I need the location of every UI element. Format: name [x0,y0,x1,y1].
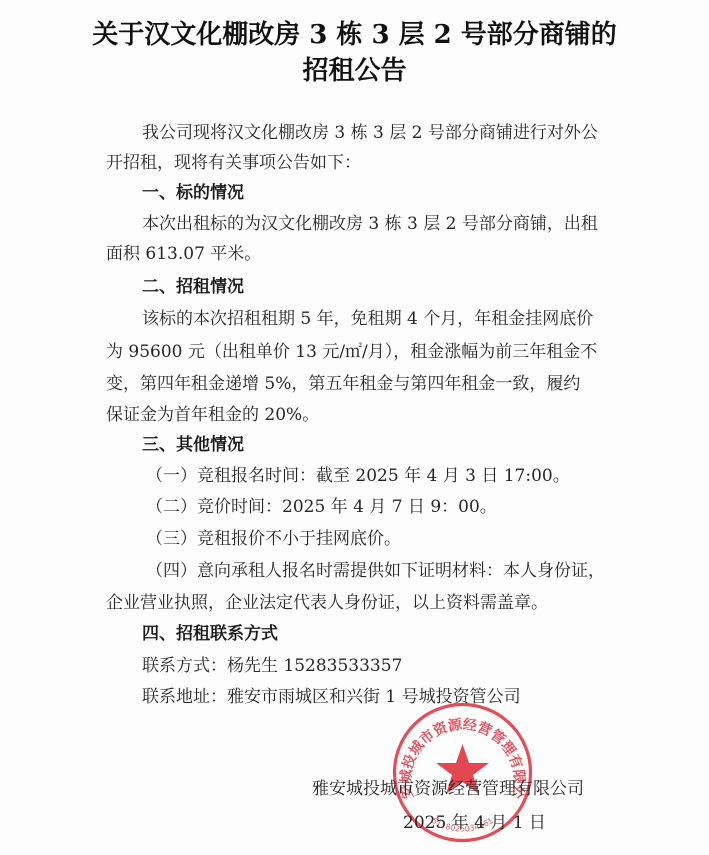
section3-line5: 企业营业执照，企业法定代表人身份证，以上资料需盖章。 [106,592,548,614]
section3-line3: （三）竞租报价不小于挂网底价。 [146,528,401,550]
intro-line2: 开招租，现将有关事项公告如下： [106,152,361,174]
section1-line2: 面积 613.07 平米。 [106,243,261,265]
document-title-line2: 招租公告 [0,54,709,88]
signature-date: 2025 年 4 月 1 日 [403,812,546,834]
contact-address: 联系地址：雅安市雨城区和兴街 1 号城投资管公司 [142,686,521,708]
document-title-line1: 关于汉文化棚改房 3 栋 3 层 2 号部分商铺的 [0,18,709,52]
section-heading-2: 二、招租情况 [142,276,244,298]
signature-company: 雅安城投城市资源经营管理有限公司 [312,778,584,800]
section-heading-4: 四、招租联系方式 [142,623,278,645]
section3-line4: （四）意向承租人报名时需提供如下证明材料：本人身份证， [146,560,605,582]
section1-line1: 本次出租标的为汉文化棚改房 3 栋 3 层 2 号部分商铺，出租 [142,213,598,235]
contact-method: 联系方式：杨先生 15283533357 [142,655,402,677]
section2-line1: 该标的本次招租租期 5 年，免租期 4 个月，年租金挂网底价 [142,308,593,330]
section3-line2: （二）竞价时间：2025 年 4 月 7 日 9：00。 [146,496,497,518]
section-heading-1: 一、标的情况 [142,182,244,204]
intro-line1: 我公司现将汉文化棚改房 3 栋 3 层 2 号部分商铺进行对外公 [142,122,598,144]
document-page: 关于汉文化棚改房 3 栋 3 层 2 号部分商铺的 招租公告 我公司现将汉文化棚… [0,0,709,855]
section3-line1: （一）竞租报名时间：截至 2025 年 4 月 3 日 17:00。 [146,465,570,487]
section-heading-3: 三、其他情况 [142,434,244,456]
section2-line2: 为 95600 元（出租单价 13 元/㎡/月），租金涨幅为前三年租金不 [106,341,597,363]
section2-line3: 变，第四年租金递增 5%，第五年租金与第四年租金一致，履约 [106,373,580,395]
section2-line4: 保证金为首年租金的 20%。 [106,404,319,426]
